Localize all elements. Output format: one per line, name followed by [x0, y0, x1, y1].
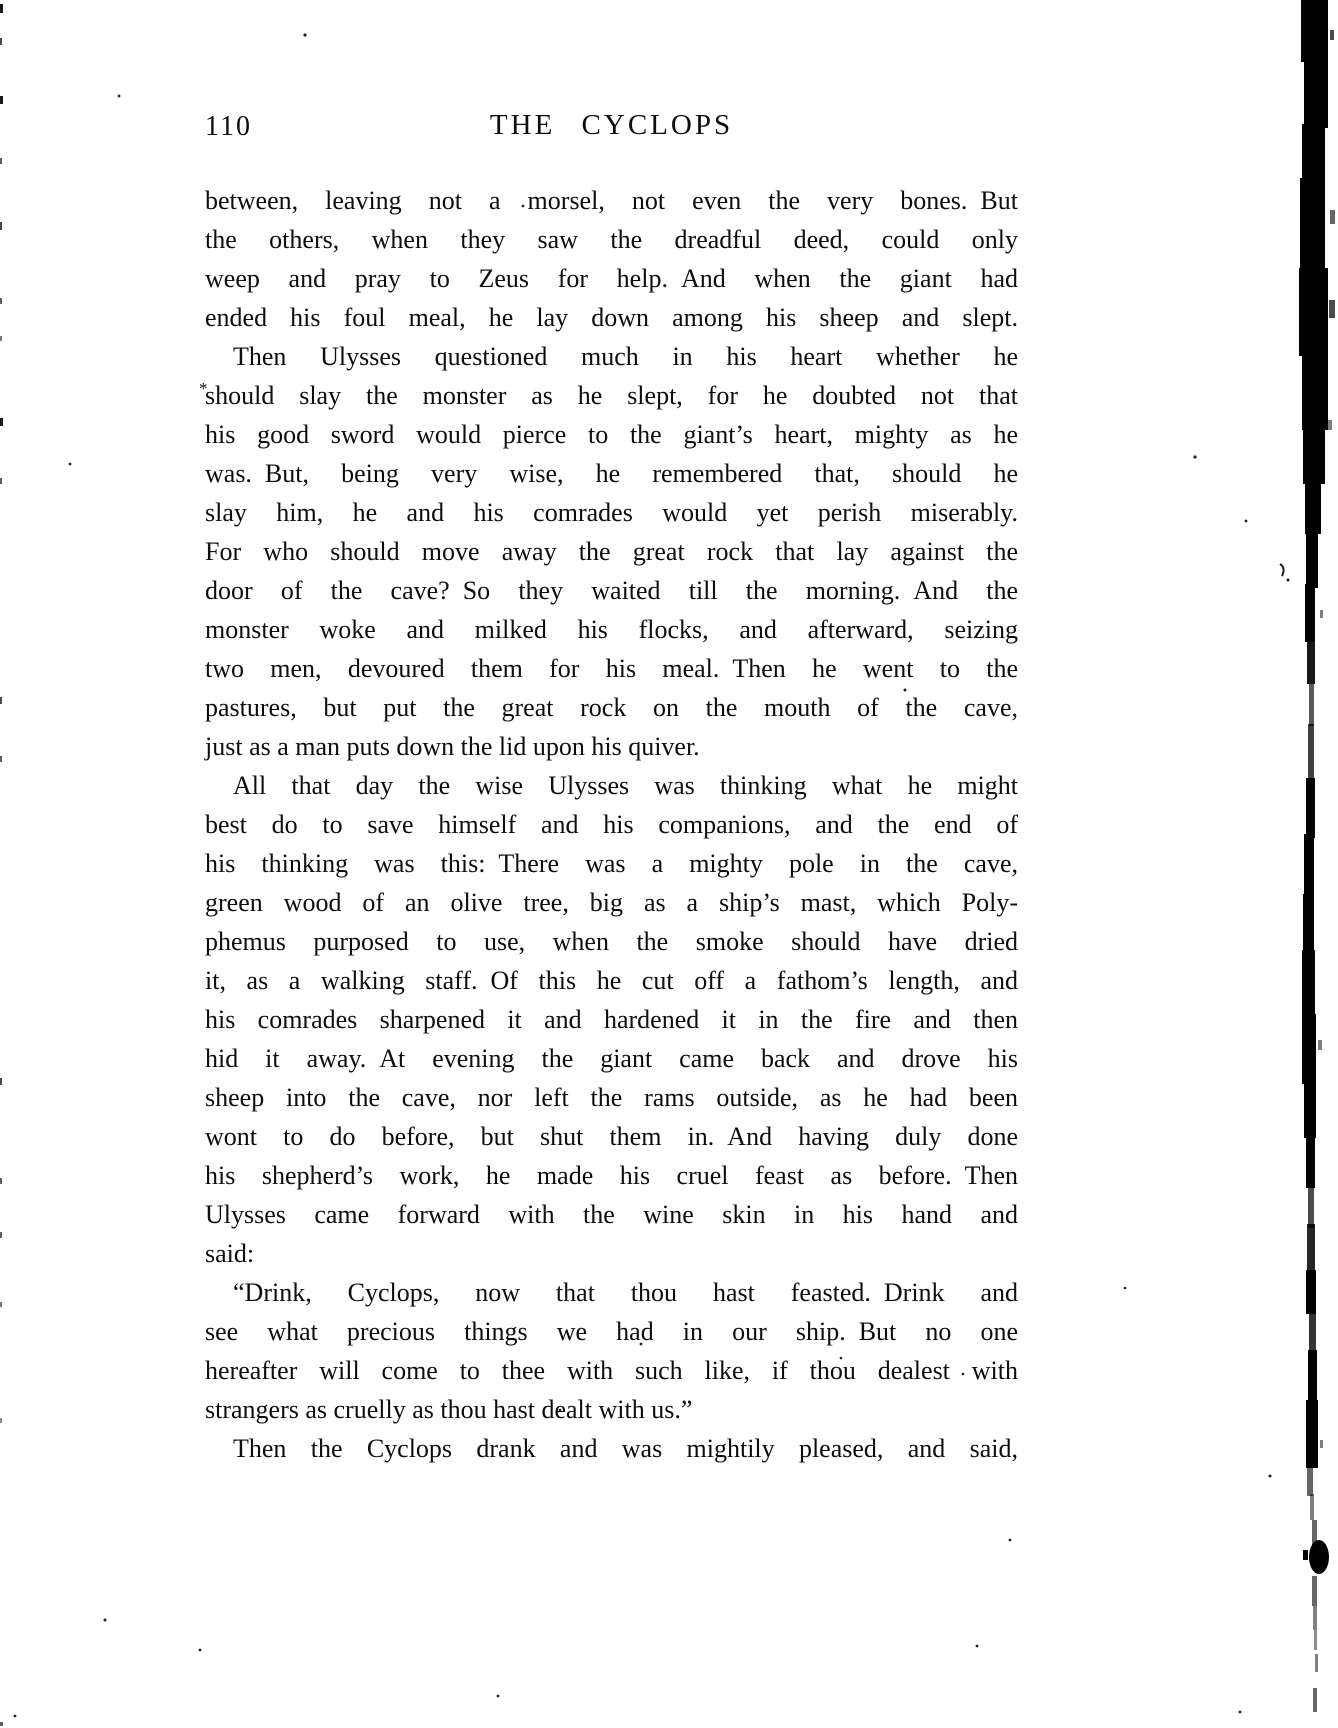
text-line: the others, when they saw the dreadful d…	[205, 220, 1018, 259]
book-page-scan: 110 THE CYCLOPS * between, leaving not a…	[0, 0, 1338, 1728]
text-line: green wood of an olive tree, big as a sh…	[205, 883, 1018, 922]
text-line: between, leaving not a morsel, not even …	[205, 181, 1018, 220]
text-line: ended his foul meal, he lay down among h…	[205, 298, 1018, 337]
page-title: THE CYCLOPS	[205, 108, 1018, 142]
text-line: Then Ulysses questioned much in his hear…	[205, 337, 1018, 376]
text-line: his thinking was this: There was a might…	[205, 844, 1018, 883]
text-line: his comrades sharpened it and hardened i…	[205, 1000, 1018, 1039]
text-line: his shepherd’s work, he made his cruel f…	[205, 1156, 1018, 1195]
text-line: slay him, he and his comrades would yet …	[205, 493, 1018, 532]
text-line: Ulysses came forward with the wine skin …	[205, 1195, 1018, 1234]
text-line: weep and pray to Zeus for help. And when…	[205, 259, 1018, 298]
text-line: his good sword would pierce to the giant…	[205, 415, 1018, 454]
text-line: All that day the wise Ulysses was thinki…	[205, 766, 1018, 805]
text-line: should slay the monster as he slept, for…	[205, 376, 1018, 415]
text-line: was. But, being very wise, he remembered…	[205, 454, 1018, 493]
text-line: just as a man puts down the lid upon his…	[205, 727, 1018, 766]
text-line: pastures, but put the great rock on the …	[205, 688, 1018, 727]
text-line: two men, devoured them for his meal. The…	[205, 649, 1018, 688]
text-line: “Drink, Cyclops, now that thou hast feas…	[205, 1273, 1018, 1312]
text-line: Then the Cyclops drank and was mightily …	[205, 1429, 1018, 1468]
text-line: sheep into the cave, nor left the rams o…	[205, 1078, 1018, 1117]
text-line: hereafter will come to thee with such li…	[205, 1351, 1018, 1390]
text-line: best do to save himself and his companio…	[205, 805, 1018, 844]
text-line: said:	[205, 1234, 1018, 1273]
text-line: door of the cave? So they waited till th…	[205, 571, 1018, 610]
body-text: between, leaving not a morsel, not even …	[205, 181, 1018, 1468]
text-line: monster woke and milked his flocks, and …	[205, 610, 1018, 649]
text-line: phemus purposed to use, when the smoke s…	[205, 922, 1018, 961]
text-line: For who should move away the great rock …	[205, 532, 1018, 571]
text-line: it, as a walking staff. Of this he cut o…	[205, 961, 1018, 1000]
text-line: wont to do before, but shut them in. And…	[205, 1117, 1018, 1156]
text-line: hid it away. At evening the giant came b…	[205, 1039, 1018, 1078]
text-line: strangers as cruelly as thou hast dealt …	[205, 1390, 1018, 1429]
text-line: see what precious things we had in our s…	[205, 1312, 1018, 1351]
